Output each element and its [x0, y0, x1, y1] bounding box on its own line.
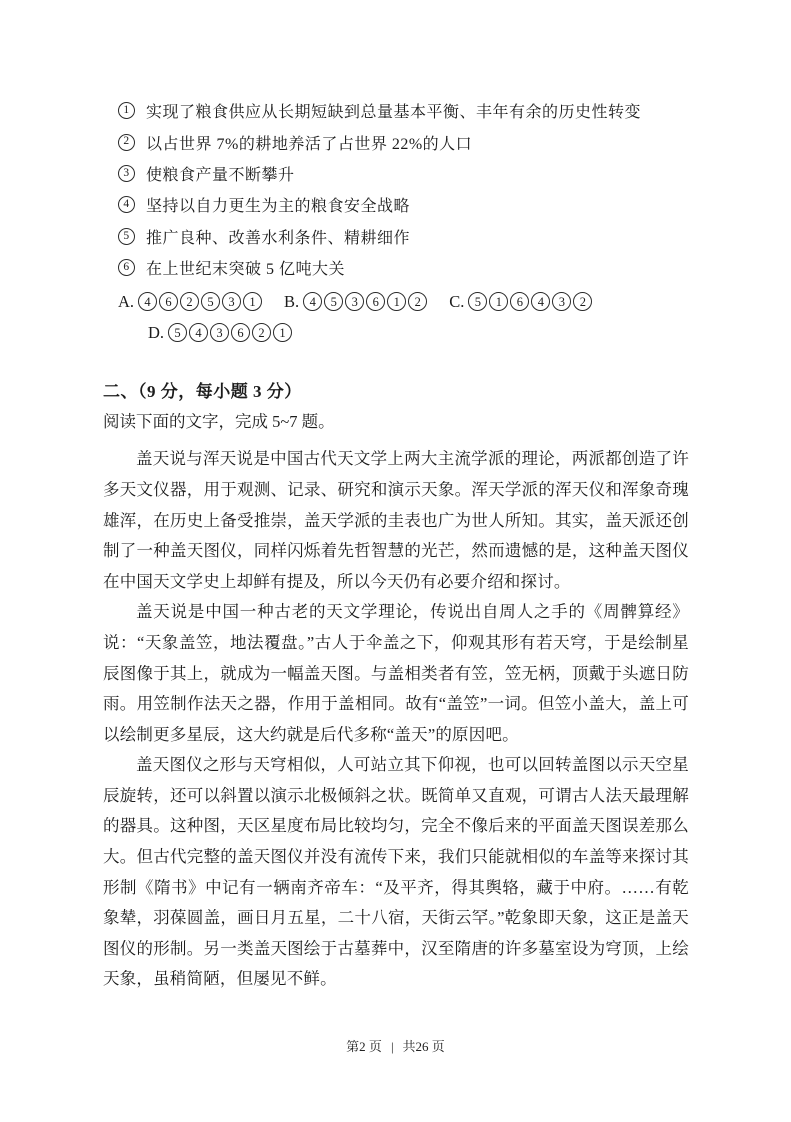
- footer-divider: |: [391, 1039, 394, 1055]
- circled-number: 2: [408, 292, 427, 311]
- answer-options: A. 4 6 2 5 3 1 B. 4 5 3 6 1 2 C. 5 1: [103, 286, 689, 348]
- section-heading: 二、（9 分，每小题 3 分）: [103, 379, 689, 405]
- circled-number: 3: [210, 323, 229, 342]
- circled-number: 4: [189, 323, 208, 342]
- circled-number: 1: [273, 323, 292, 342]
- circled-number: 4: [118, 196, 135, 213]
- option-b: B. 4 5 3 6 1 2: [284, 292, 427, 312]
- circled-number: 3: [118, 165, 135, 182]
- circled-number: 1: [489, 292, 508, 311]
- option-a: A. 4 6 2 5 3 1: [118, 292, 262, 312]
- passage-paragraph-2: 盖天说是中国一种古老的天文学理论，传说出自周人之手的《周髀算经》说：“天象盖笠，…: [103, 597, 689, 750]
- statement-text: 在上世纪末突破 5 亿吨大关: [146, 256, 345, 279]
- option-c: C. 5 1 6 4 3 2: [449, 292, 592, 312]
- circled-number: 4: [531, 292, 550, 311]
- circled-number: 5: [324, 292, 343, 311]
- circled-number: 1: [387, 292, 406, 311]
- circled-number: 3: [552, 292, 571, 311]
- circled-number: 6: [118, 259, 135, 276]
- options-row-2: D. 5 4 3 6 2 1: [103, 317, 689, 348]
- circled-number: 1: [243, 292, 262, 311]
- circled-number: 5: [468, 292, 487, 311]
- options-row-1: A. 4 6 2 5 3 1 B. 4 5 3 6 1 2 C. 5 1: [103, 286, 689, 317]
- page-footer: 第2 页|共26 页: [0, 1036, 791, 1055]
- circled-number: 3: [222, 292, 241, 311]
- circled-number: 1: [118, 102, 135, 119]
- statement-item-2: 2 以占世界 7%的耕地养活了占世界 22%的人口: [103, 126, 689, 157]
- circled-number: 2: [252, 323, 271, 342]
- circled-number: 5: [201, 292, 220, 311]
- statement-item-1: 1 实现了粮食供应从长期短缺到总量基本平衡、丰年有余的历史性转变: [103, 95, 689, 126]
- exam-page: 1 实现了粮食供应从长期短缺到总量基本平衡、丰年有余的历史性转变 2 以占世界 …: [0, 0, 791, 1122]
- option-letter: B.: [284, 292, 299, 312]
- circled-number: 2: [573, 292, 592, 311]
- circled-number: 3: [345, 292, 364, 311]
- passage-paragraph-1: 盖天说与浑天说是中国古代天文学上两大主流学派的理论，两派都创造了许多天文仪器，用…: [103, 444, 689, 597]
- option-d: D. 5 4 3 6 2 1: [148, 323, 292, 343]
- statement-text: 坚持以自力更生为主的粮食安全战略: [146, 193, 410, 216]
- statement-text: 推广良种、改善水利条件、精耕细作: [146, 225, 410, 248]
- circled-number: 5: [118, 228, 135, 245]
- footer-page-number: 第2 页: [346, 1039, 382, 1054]
- reading-instruction: 阅读下面的文字，完成 5~7 题。: [103, 407, 689, 437]
- circled-number: 6: [510, 292, 529, 311]
- circled-number: 4: [138, 292, 157, 311]
- statement-item-6: 6 在上世纪末突破 5 亿吨大关: [103, 252, 689, 283]
- statement-item-4: 4 坚持以自力更生为主的粮食安全战略: [103, 189, 689, 220]
- statement-text: 实现了粮食供应从长期短缺到总量基本平衡、丰年有余的历史性转变: [146, 99, 641, 122]
- statement-list: 1 实现了粮食供应从长期短缺到总量基本平衡、丰年有余的历史性转变 2 以占世界 …: [103, 95, 689, 283]
- circled-number: 2: [118, 134, 135, 151]
- passage-paragraph-3: 盖天图仪之形与天穹相似，人可站立其下仰视，也可以回转盖图以示天空星辰旋转，还可以…: [103, 750, 689, 995]
- reading-passage: 盖天说与浑天说是中国古代天文学上两大主流学派的理论，两派都创造了许多天文仪器，用…: [103, 444, 689, 995]
- statement-item-3: 3 使粮食产量不断攀升: [103, 158, 689, 189]
- circled-number: 6: [366, 292, 385, 311]
- circled-number: 6: [231, 323, 250, 342]
- option-letter: C.: [449, 292, 464, 312]
- footer-total-pages: 共26 页: [403, 1039, 445, 1054]
- circled-number: 6: [159, 292, 178, 311]
- statement-item-5: 5 推广良种、改善水利条件、精耕细作: [103, 221, 689, 252]
- statement-text: 使粮食产量不断攀升: [146, 162, 295, 185]
- statement-text: 以占世界 7%的耕地养活了占世界 22%的人口: [146, 131, 472, 154]
- circled-number: 4: [303, 292, 322, 311]
- circled-number: 5: [168, 323, 187, 342]
- option-letter: A.: [118, 292, 134, 312]
- circled-number: 2: [180, 292, 199, 311]
- option-letter: D.: [148, 323, 164, 343]
